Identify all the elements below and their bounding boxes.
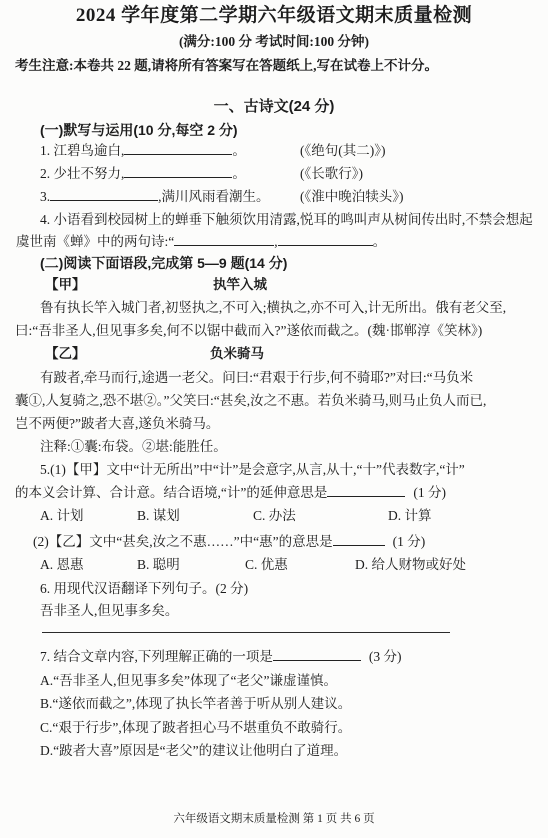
question-2-end: 。 <box>232 166 246 181</box>
question-5-1-text: 的本义会计算、合计意。结合语境,“计”的延伸意思是 <box>15 485 327 500</box>
question-5-2-options: A. 恩惠 B. 聪明 C. 优惠 D. 给人财物或好处 <box>40 556 533 574</box>
part2-heading: (二)阅读下面语段,完成第 5—9 题(14 分) <box>40 254 287 272</box>
page-title: 2024 学年度第二学期六年级语文期末质量检测 <box>0 7 548 25</box>
question-7-option-c: C.“艰于行步”,体现了跛者担心马不堪重负不敢骑行。 <box>40 719 351 737</box>
question-3: 3.,满川风雨看潮生。 <box>40 188 270 206</box>
passage-yi-line2: 囊①,人复骑之,恐不堪②。”父笑曰:“甚矣,汝之不惠。若负米骑马,则马止负人而已… <box>15 392 486 410</box>
option-a: A. 恩惠 <box>40 556 137 574</box>
exam-page: 2024 学年度第二学期六年级语文期末质量检测 (满分:100 分 考试时间:1… <box>0 0 548 838</box>
score-label: (1 分) <box>393 534 426 549</box>
answer-blank <box>273 648 361 661</box>
page-footer: 六年级语文期末质量检测 第 1 页 共 6 页 <box>0 810 548 828</box>
answer-blank <box>174 233 274 246</box>
passage-jia-label: 【甲】 <box>45 276 86 294</box>
option-d: D. 计算 <box>388 507 432 525</box>
question-4-end: 。 <box>373 234 387 249</box>
passage-yi-label: 【乙】 <box>45 345 86 363</box>
question-7-option-a: A.“吾非圣人,但见事多矣”体现了“老父”谦虚谨慎。 <box>40 672 337 690</box>
option-a: A. 计划 <box>40 507 137 525</box>
passage-jia-line1: 鲁有执长竿入城门者,初竖执之,不可入;横执之,亦不可入,计无所出。俄有老父至, <box>40 299 506 317</box>
passage-notes: 注释:①囊:布袋。②堪:能胜任。 <box>40 438 227 456</box>
question-4-line2: 虞世南《蝉》中的两句诗:“,。 <box>16 233 386 251</box>
question-5-1-line2: 的本义会计算、合计意。结合语境,“计”的延伸意思是(1 分) <box>15 484 446 502</box>
question-6: 6. 用现代汉语翻译下列句子。(2 分) <box>40 580 248 598</box>
question-7-text: 7. 结合文章内容,下列理解正确的一项是 <box>40 649 273 664</box>
question-5-1-options: A. 计划 B. 谋划 C. 办法 D. 计算 <box>40 507 533 525</box>
option-c: C. 优惠 <box>245 556 355 574</box>
answer-blank <box>278 233 373 246</box>
question-7-option-d: D.“跛者大喜”原因是“老父”的建议让他明白了道理。 <box>40 742 347 760</box>
question-4-line1: 4. 小语看到校园树上的蝉垂下触须饮用清露,悦耳的鸣叫声从树间传出时,不禁会想起 <box>40 211 533 229</box>
exam-subtitle: (满分:100 分 考试时间:100 分钟) <box>0 33 548 51</box>
passage-yi-title: 负米骑马 <box>210 345 264 363</box>
option-b: B. 聪明 <box>137 556 245 574</box>
answer-blank <box>124 142 232 155</box>
score-label: (1 分) <box>413 485 446 500</box>
answer-blank <box>50 188 158 201</box>
question-1-end: 。 <box>232 143 246 158</box>
answer-blank <box>124 165 232 178</box>
option-c: C. 办法 <box>253 507 388 525</box>
question-5-2-text: (2)【乙】文中“甚矣,汝之不惠……”中“惠”的意思是 <box>33 534 333 549</box>
source-citation-3: (《淮中晚泊犊头》) <box>300 188 404 206</box>
question-5-2: (2)【乙】文中“甚矣,汝之不惠……”中“惠”的意思是(1 分) <box>33 533 425 551</box>
question-4-text: 虞世南《蝉》中的两句诗:“ <box>16 234 174 249</box>
question-6-sentence: 吾非圣人,但见事多矣。 <box>40 602 178 620</box>
section-heading: 一、古诗文(24 分) <box>0 98 548 116</box>
score-label: (3 分) <box>369 649 402 664</box>
question-5-1-line1: 5.(1)【甲】文中“计无所出”中“计”是会意字,从言,从十,“十”代表数字,“… <box>40 461 465 479</box>
question-7-option-b: B.“遂依而截之”,体现了执长竿者善于听从别人建议。 <box>40 695 351 713</box>
option-b: B. 谋划 <box>137 507 253 525</box>
passage-yi-line3: 岂不两便?”跛者大喜,遂负米骑马。 <box>15 415 219 433</box>
option-d: D. 给人财物或好处 <box>355 556 466 574</box>
part1-heading: (一)默写与运用(10 分,每空 2 分) <box>40 121 238 139</box>
question-1-text: 1. 江碧鸟逾白, <box>40 143 124 158</box>
answer-blank <box>333 533 385 546</box>
passage-jia-title: 执竿入城 <box>213 276 267 294</box>
question-3-num: 3. <box>40 189 50 204</box>
source-citation-1: (《绝句(其二)》) <box>300 142 385 160</box>
passage-jia-line2: 曰:“吾非圣人,但见事多矣,何不以锯中截而入?”遂依而截之。(魏·邯郸淳《笑林》… <box>15 322 482 340</box>
source-citation-2: (《长歌行》) <box>300 165 363 183</box>
question-1: 1. 江碧鸟逾白,。 <box>40 142 246 160</box>
answer-blank <box>327 484 405 497</box>
question-2: 2. 少壮不努力,。 <box>40 165 246 183</box>
answer-writing-line <box>42 632 450 633</box>
question-7: 7. 结合文章内容,下列理解正确的一项是(3 分) <box>40 648 402 666</box>
passage-yi-line1: 有跛者,牵马而行,途遇一老父。问曰:“君艰于行步,何不骑耶?”对曰:“马负米 <box>40 369 473 387</box>
question-3-text: ,满川风雨看潮生。 <box>158 189 269 204</box>
exam-notice: 考生注意:本卷共 22 题,请将所有答案写在答题纸上,写在试卷上不计分。 <box>15 57 438 75</box>
question-2-text: 2. 少壮不努力, <box>40 166 124 181</box>
